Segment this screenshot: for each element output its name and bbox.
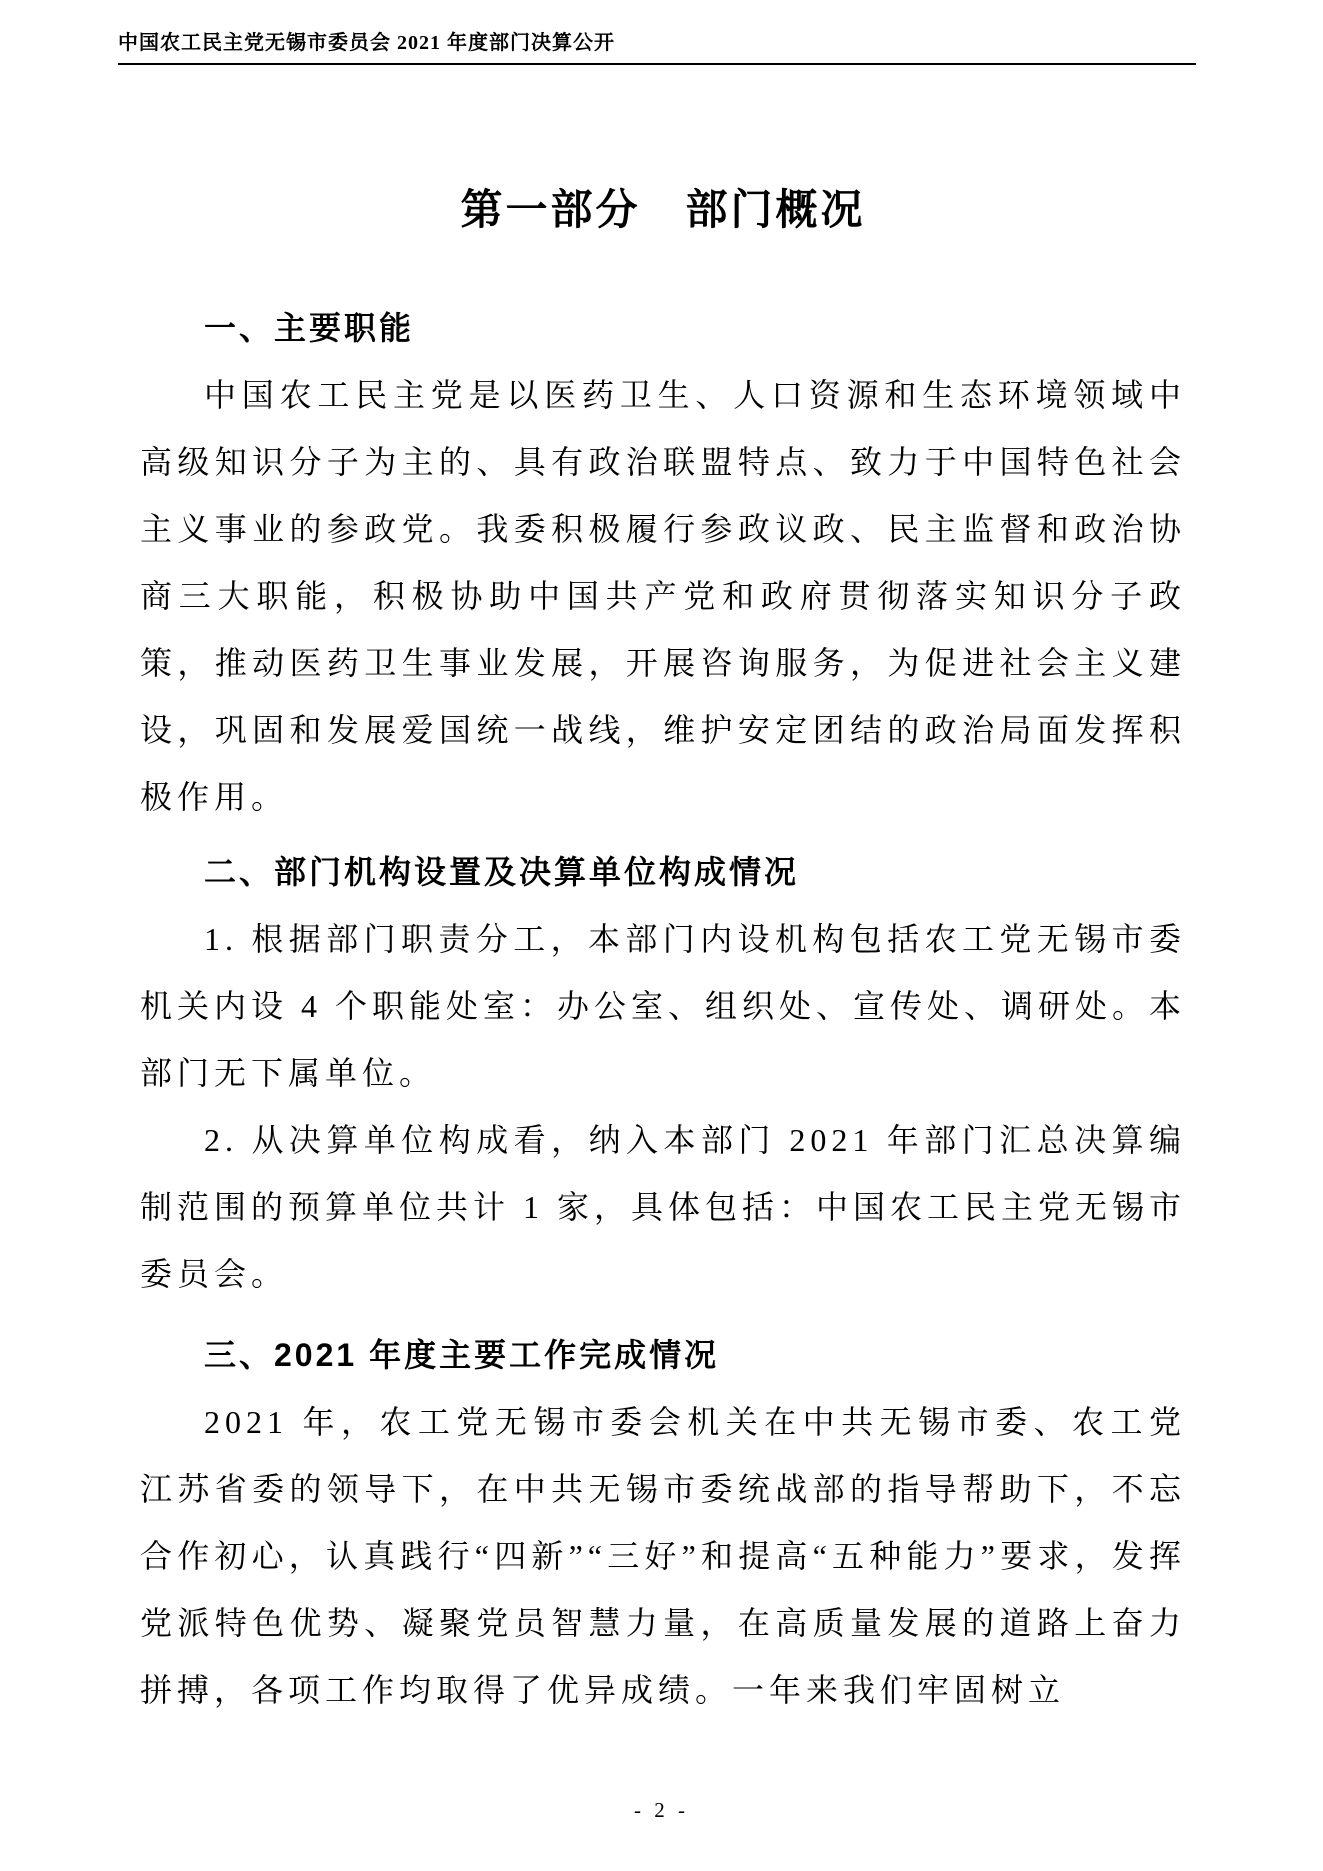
section-heading-main-functions: 一、主要职能 [140, 295, 1186, 362]
section-3-paragraph-1: 2021 年，农工党无锡市委会机关在中共无锡市委、农工党江苏省委的领导下，在中共… [140, 1389, 1186, 1724]
page-number: - 2 - [0, 1798, 1323, 1823]
section-1-paragraph-1: 中国农工民主党是以医药卫生、人口资源和生态环境领域中高级知识分子为主的、具有政治… [140, 362, 1186, 831]
header-text: 中国农工民主党无锡市委员会 2021 年度部门决算公开 [118, 32, 615, 54]
document-page: 中国农工民主党无锡市委员会 2021 年度部门决算公开 第一部分 部门概况 一、… [0, 0, 1323, 1871]
section-heading-org-structure: 二、部门机构设置及决算单位构成情况 [140, 839, 1186, 906]
page-content: 第一部分 部门概况 一、主要职能 中国农工民主党是以医药卫生、人口资源和生态环境… [140, 160, 1186, 1724]
section-2-paragraph-2: 2. 从决算单位构成看，纳入本部门 2021 年部门汇总决算编制范围的预算单位共… [140, 1107, 1186, 1308]
section-heading-2021-work: 三、2021 年度主要工作完成情况 [140, 1322, 1186, 1389]
page-header: 中国农工民主党无锡市委员会 2021 年度部门决算公开 [118, 26, 1196, 65]
document-title: 第一部分 部门概况 [140, 182, 1186, 240]
section-2-paragraph-1: 1. 根据部门职责分工，本部门内设机构包括农工党无锡市委机关内设 4 个职能处室… [140, 906, 1186, 1107]
